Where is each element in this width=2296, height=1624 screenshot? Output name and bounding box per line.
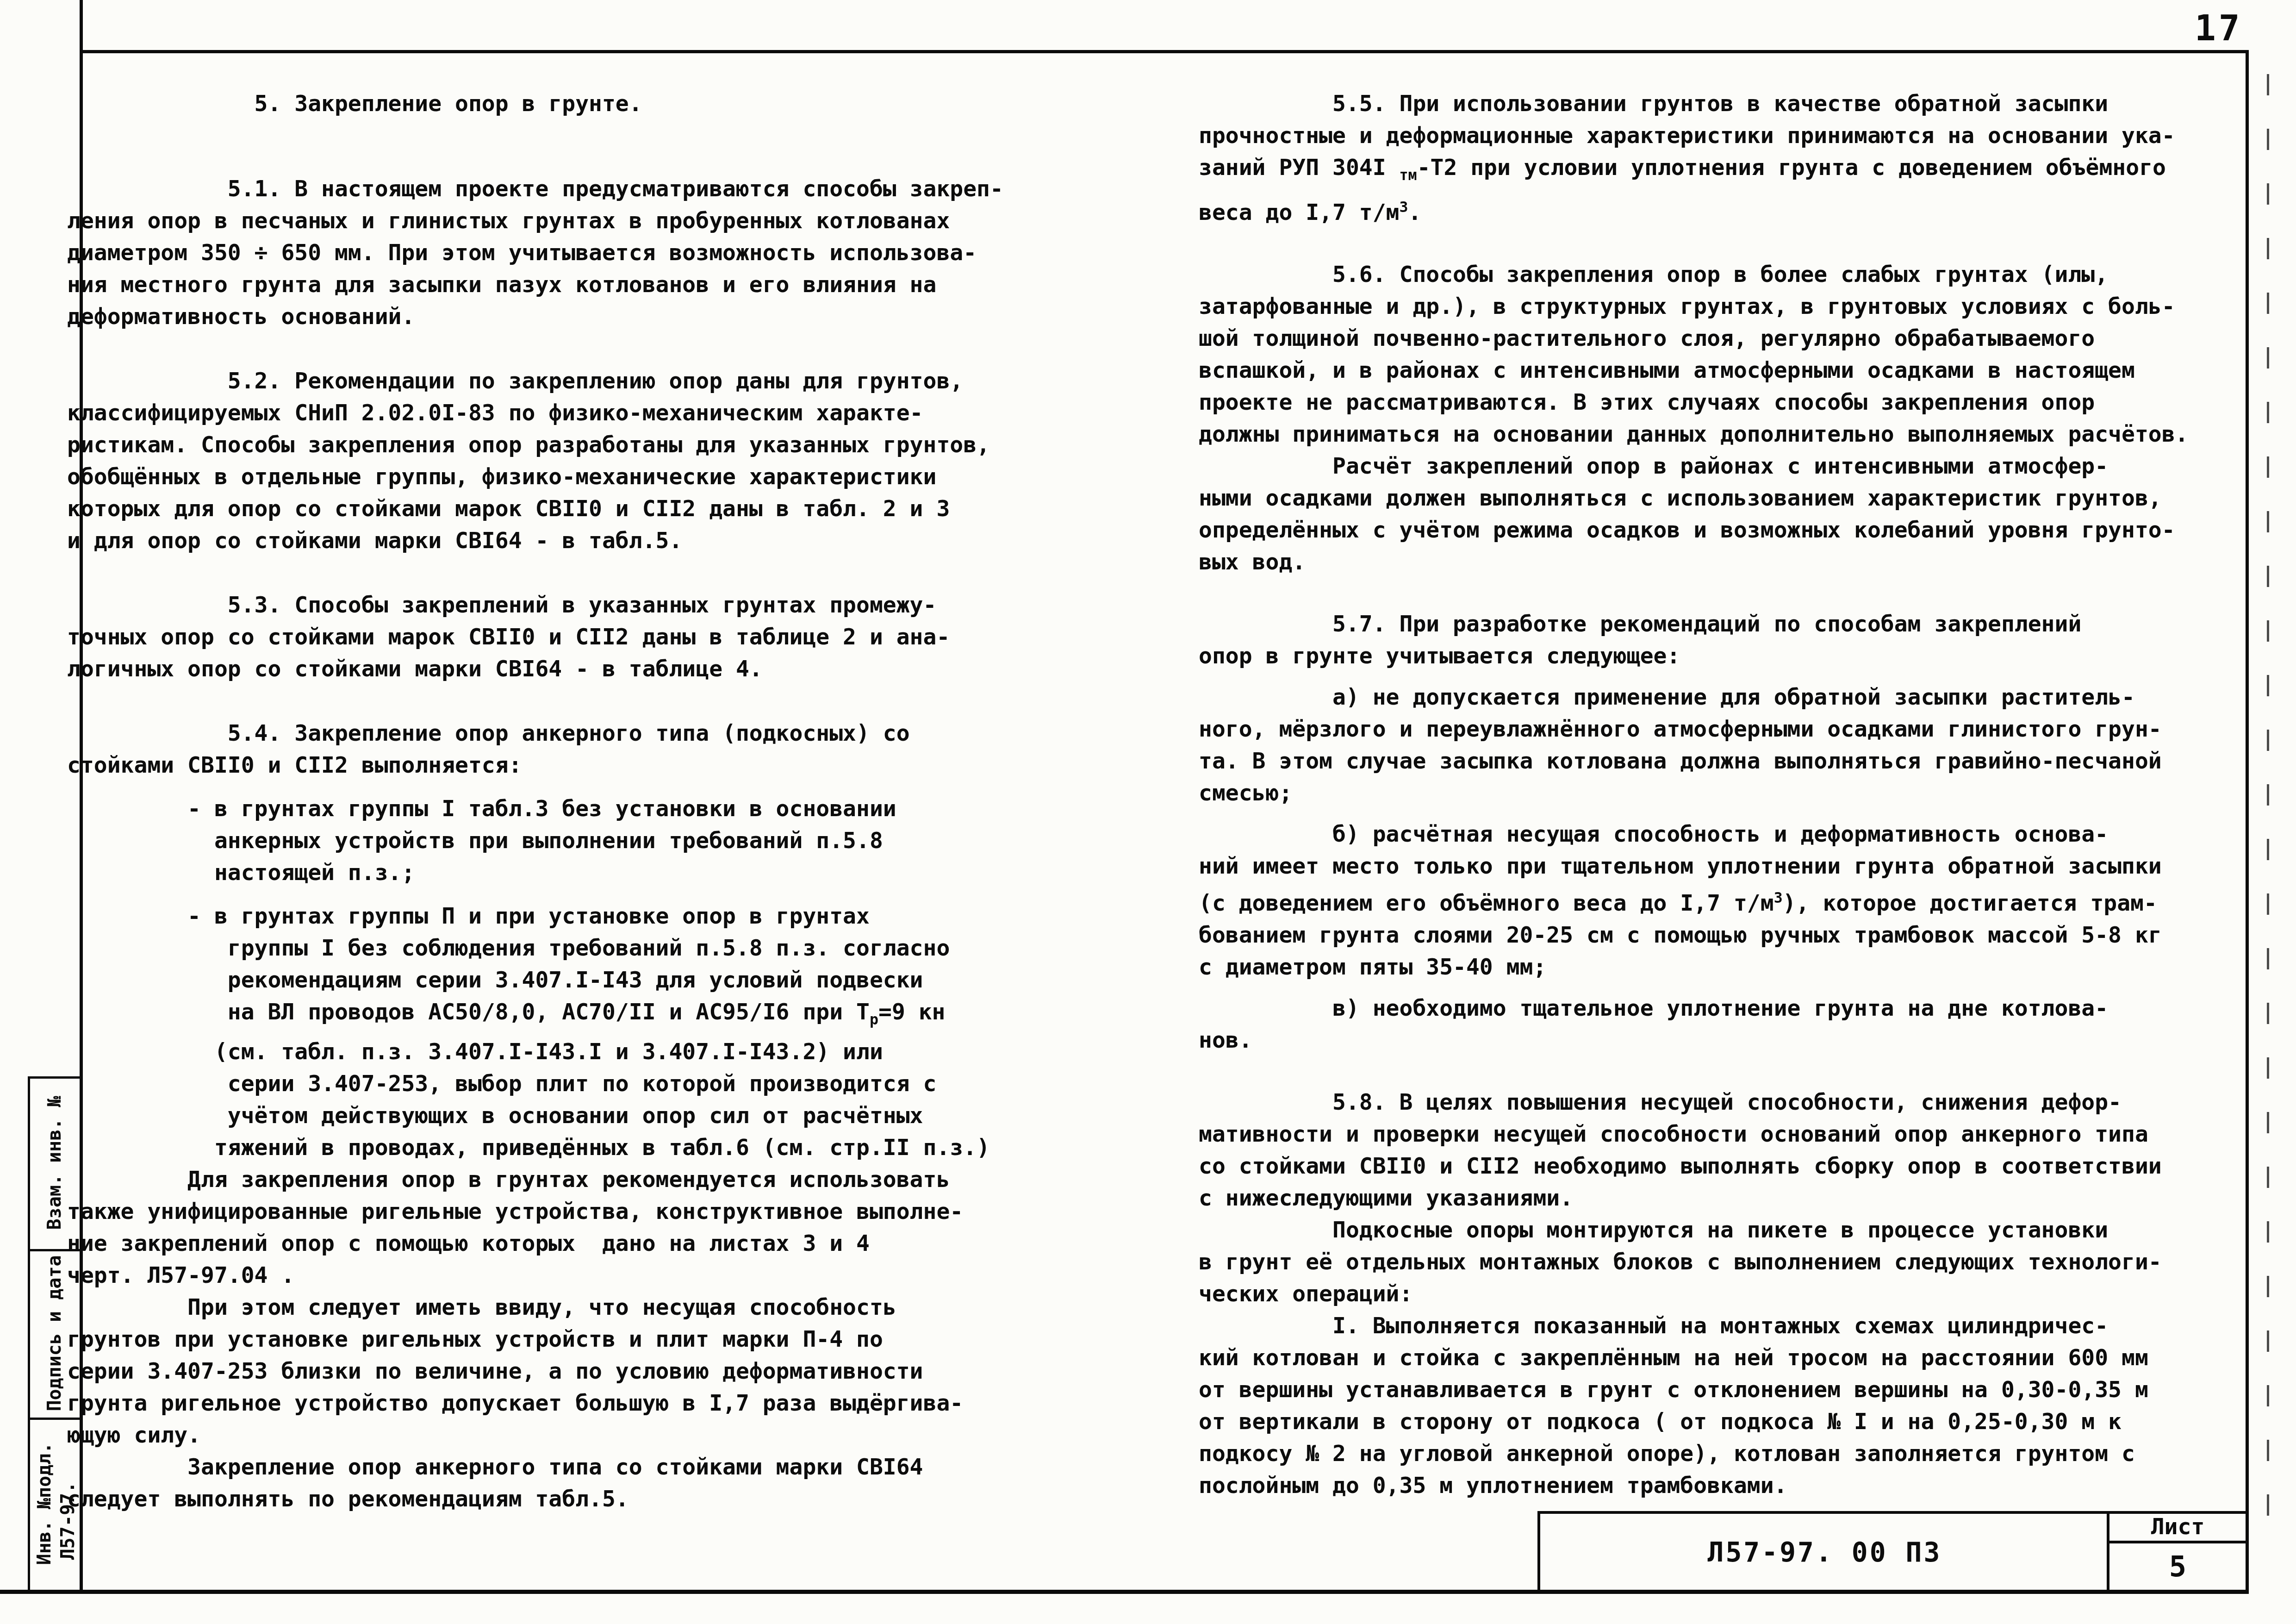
text-line: 5.3. Способы закреплений в указанных гру… xyxy=(67,589,1155,621)
text-line: тяжений в проводах, приведённых в табл.6… xyxy=(67,1132,1155,1164)
text-line: ристикам. Способы закрепления опор разра… xyxy=(67,429,1155,461)
sidebar-divider-2 xyxy=(28,1249,82,1251)
text-line: При этом следует иметь ввиду, что несуща… xyxy=(67,1292,1155,1324)
scanned-document-page: 17 5. Закрепление опор в грунте. 5.1. В … xyxy=(0,0,2296,1624)
paragraph: в) необходимо тщательное уплотнение грун… xyxy=(1199,993,2259,1056)
text-line: нов. xyxy=(1199,1024,2259,1056)
sidebar-divider-3 xyxy=(28,1418,82,1420)
text-line: стойками СВII0 и СII2 выполняется: xyxy=(67,750,1155,781)
text-line: 5.8. В целях повышения несущей способнос… xyxy=(1199,1087,2259,1118)
text-line: послойным до 0,35 м уплотнением трамбовк… xyxy=(1199,1470,2259,1502)
text-line: (с доведением его объёмного веса до I,7 … xyxy=(1199,882,2259,919)
text-line: бованием грунта слоями 20-25 см с помощь… xyxy=(1199,919,2259,951)
paragraph: - в грунтах группы I табл.3 без установк… xyxy=(67,793,1155,889)
text-line: классифицируемых СНиП 2.02.0I-83 по физи… xyxy=(67,397,1155,429)
text-line: со стойками СВII0 и СII2 необходимо выпо… xyxy=(1199,1150,2259,1182)
text-line: настоящей п.з.; xyxy=(67,857,1155,889)
text-line: ний имеет место только при тщательном уп… xyxy=(1199,850,2259,882)
text-line: следует выполнять по рекомендациям табл.… xyxy=(67,1483,1155,1515)
text-line: которых для опор со стойками марок СВII0… xyxy=(67,493,1155,525)
text-line: проекте не рассматриваются. В этих случа… xyxy=(1199,387,2259,418)
page-number: 17 xyxy=(2195,7,2243,49)
paragraph: 5.8. В целях повышения несущей способнос… xyxy=(1199,1087,2259,1214)
text-line: Подкосные опоры монтируются на пикете в … xyxy=(1199,1214,2259,1246)
text-line: кий котлован и стойка с закреплённым на … xyxy=(1199,1342,2259,1374)
text-line: ными осадками должен выполняться с испол… xyxy=(1199,482,2259,514)
text-line: вспашкой, и в районах с интенсивными атм… xyxy=(1199,355,2259,387)
paragraph: Расчёт закреплений опор в районах с инте… xyxy=(1199,450,2259,578)
text-line: 5.7. При разработке рекомендаций по спос… xyxy=(1199,608,2259,640)
paragraph: б) расчётная несущая способность и дефор… xyxy=(1199,818,2259,983)
text-line: I. Выполняется показанный на монтажных с… xyxy=(1199,1310,2259,1342)
text-line: также унифицированные ригельные устройст… xyxy=(67,1196,1155,1228)
text-line: 5.6. Способы закрепления опор в более сл… xyxy=(1199,259,2259,291)
text-line: смесью; xyxy=(1199,777,2259,809)
text-line: рекомендациям серии 3.407.I-I43 для усло… xyxy=(67,964,1155,996)
text-line: ние закреплений опор с помощью которых д… xyxy=(67,1228,1155,1260)
text-line: а) не допускается применение для обратно… xyxy=(1199,681,2259,713)
text-line: от вершины устанавливается в грунт с отк… xyxy=(1199,1374,2259,1406)
text-line: прочностные и деформационные характерист… xyxy=(1199,120,2259,152)
text-line: точных опор со стойками марок СВII0 и СI… xyxy=(67,621,1155,653)
paragraph: 5.4. Закрепление опор анкерного типа (по… xyxy=(67,718,1155,781)
text-line: серии 3.407-253 близки по величине, а по… xyxy=(67,1355,1155,1387)
frame-top-border xyxy=(81,50,2248,53)
sidebar-doc-ref: Л57-97. xyxy=(57,1482,79,1560)
sidebar-divider-1 xyxy=(28,1076,82,1079)
text-line: с нижеследующими указаниями. xyxy=(1199,1182,2259,1214)
paragraph: 5.2. Рекомендации по закреплению опор да… xyxy=(67,365,1155,557)
text-line: 5. Закрепление опор в грунте. xyxy=(67,88,1155,120)
text-line: черт. Л57-97.04 . xyxy=(67,1260,1155,1292)
text-line: логичных опор со стойками марки СВI64 - … xyxy=(67,653,1155,685)
paragraph: 5.1. В настоящем проекте предусматривают… xyxy=(67,173,1155,333)
text-line: на ВЛ проводов АС50/8,0, АС70/II и АС95/… xyxy=(67,996,1155,1036)
text-line: Закрепление опор анкерного типа со стойк… xyxy=(67,1451,1155,1483)
sheet-number: 5 xyxy=(2109,1543,2246,1590)
text-line: ного, мёрзлого и переувлажнённого атмосф… xyxy=(1199,713,2259,745)
text-line: деформативность оснований. xyxy=(67,301,1155,333)
paragraph: - в грунтах группы П и при установке опо… xyxy=(67,900,1155,1164)
paragraph: Закрепление опор анкерного типа со стойк… xyxy=(67,1451,1155,1515)
paragraph: I. Выполняется показанный на монтажных с… xyxy=(1199,1310,2259,1502)
text-line: 5.1. В настоящем проекте предусматривают… xyxy=(67,173,1155,205)
text-line: обобщённых в отдельные группы, физико-ме… xyxy=(67,461,1155,493)
text-line: ющую силу. xyxy=(67,1419,1155,1451)
text-line: учётом действующих в основании опор сил … xyxy=(67,1100,1155,1132)
right-text-column: 5.5. При использовании грунтов в качеств… xyxy=(1199,88,2259,1502)
text-line: ческих операций: xyxy=(1199,1278,2259,1310)
sidebar-left-edge xyxy=(28,1076,30,1591)
text-line: подкосу № 2 на угловой анкерной опоре), … xyxy=(1199,1438,2259,1470)
text-line: ния местного грунта для засыпки пазух ко… xyxy=(67,269,1155,301)
text-line: 5.2. Рекомендации по закреплению опор да… xyxy=(67,365,1155,397)
titleblock-left-edge xyxy=(1537,1511,1540,1593)
text-line: грунтов при установке ригельных устройст… xyxy=(67,1324,1155,1355)
paragraph: 5. Закрепление опор в грунте. xyxy=(67,88,1155,120)
text-line: опор в грунте учитывается следующее: xyxy=(1199,640,2259,672)
paragraph: Подкосные опоры монтируются на пикете в … xyxy=(1199,1214,2259,1310)
sidebar-label-vzam-inv: Взам. инв. № xyxy=(44,1096,65,1230)
sidebar-label-podpis-data: Подпись и дата xyxy=(44,1255,65,1411)
paragraph: 5.6. Способы закрепления опор в более сл… xyxy=(1199,259,2259,450)
text-line: 5.5. При использовании грунтов в качеств… xyxy=(1199,88,2259,120)
text-line: Расчёт закреплений опор в районах с инте… xyxy=(1199,450,2259,482)
text-line: заний РУП 304I тм-Т2 при условии уплотне… xyxy=(1199,152,2259,192)
text-line: ления опор в песчаных и глинистых грунта… xyxy=(67,205,1155,237)
text-line: диаметром 350 ÷ 650 мм. При этом учитыва… xyxy=(67,237,1155,269)
text-line: группы I без соблюдения требований п.5.8… xyxy=(67,932,1155,964)
paragraph: 5.7. При разработке рекомендаций по спос… xyxy=(1199,608,2259,672)
text-line: Для закрепления опор в грунтах рекоменду… xyxy=(67,1164,1155,1196)
text-line: затарфованные и др.), в структурных грун… xyxy=(1199,291,2259,323)
text-line: и для опор со стойками марки СВI64 - в т… xyxy=(67,525,1155,557)
paragraph: а) не допускается применение для обратно… xyxy=(1199,681,2259,809)
paragraph: Для закрепления опор в грунтах рекоменду… xyxy=(67,1164,1155,1292)
right-margin-dashes xyxy=(2267,74,2269,1528)
text-line: вых вод. xyxy=(1199,546,2259,578)
sidebar-label-inv-podl: Инв. №подл. xyxy=(34,1443,55,1565)
text-line: - в грунтах группы I табл.3 без установк… xyxy=(67,793,1155,825)
text-line: определённых с учётом режима осадков и в… xyxy=(1199,514,2259,546)
text-line: та. В этом случае засыпка котлована долж… xyxy=(1199,745,2259,777)
text-line: серии 3.407-253, выбор плит по которой п… xyxy=(67,1068,1155,1100)
text-line: б) расчётная несущая способность и дефор… xyxy=(1199,818,2259,850)
text-line: анкерных устройств при выполнении требов… xyxy=(67,825,1155,857)
paragraph: 5.3. Способы закреплений в указанных гру… xyxy=(67,589,1155,685)
text-line: с диаметром пяты 35-40 мм; xyxy=(1199,951,2259,983)
paragraph: При этом следует иметь ввиду, что несуща… xyxy=(67,1292,1155,1451)
text-line: шой толщиной почвенно-растительного слоя… xyxy=(1199,323,2259,355)
text-line: - в грунтах группы П и при установке опо… xyxy=(67,900,1155,932)
text-line: (см. табл. п.з. 3.407.I-I43.I и 3.407.I-… xyxy=(67,1036,1155,1068)
text-line: в грунт её отдельных монтажных блоков с … xyxy=(1199,1246,2259,1278)
text-line: грунта ригельное устройство допускает бо… xyxy=(67,1387,1155,1419)
sheet-label: Лист xyxy=(2109,1512,2246,1542)
frame-bottom-border xyxy=(0,1590,2249,1594)
text-line: мативности и проверки несущей способност… xyxy=(1199,1118,2259,1150)
text-line: веса до I,7 т/м3. xyxy=(1199,192,2259,229)
left-text-column: 5. Закрепление опор в грунте. 5.1. В нас… xyxy=(67,88,1155,1515)
text-line: 5.4. Закрепление опор анкерного типа (по… xyxy=(67,718,1155,750)
text-line: должны приниматься на основании данных д… xyxy=(1199,418,2259,450)
text-line: в) необходимо тщательное уплотнение грун… xyxy=(1199,993,2259,1024)
document-code: Л57-97. 00 ПЗ xyxy=(1541,1515,2108,1590)
paragraph: 5.5. При использовании грунтов в качеств… xyxy=(1199,88,2259,229)
text-line: от вертикали в сторону от подкоса ( от п… xyxy=(1199,1406,2259,1438)
